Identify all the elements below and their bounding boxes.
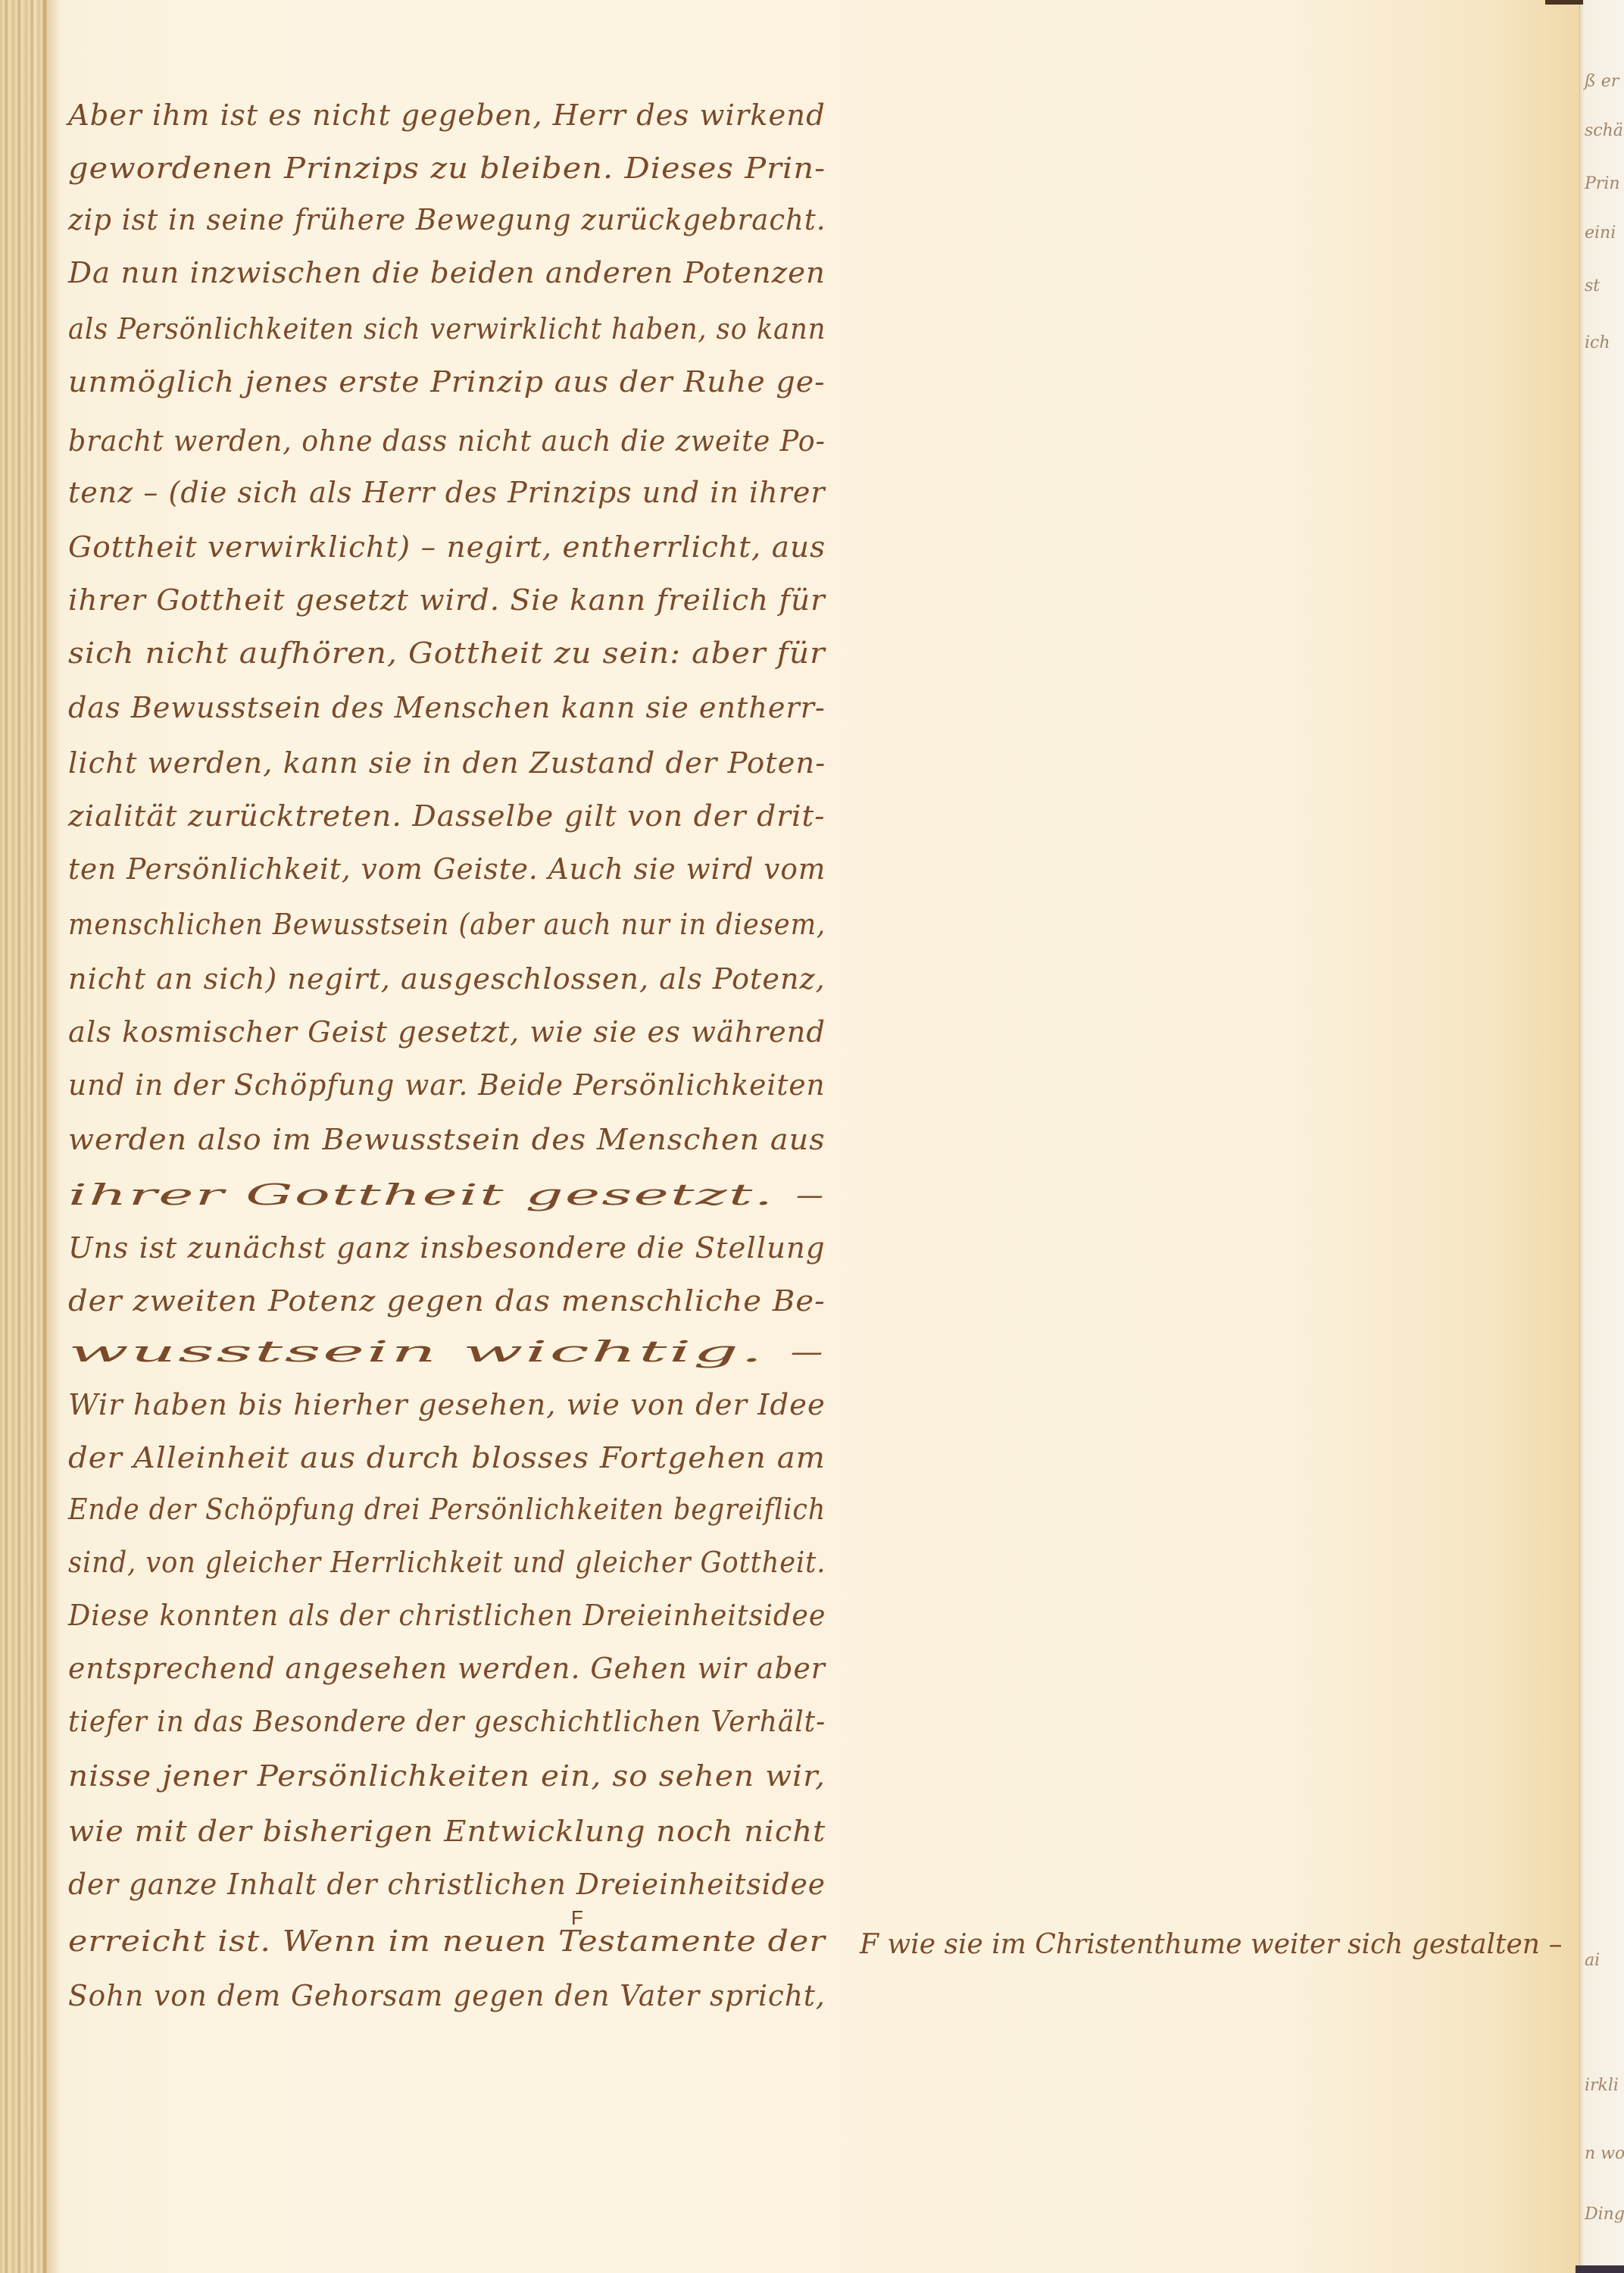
leaf-fragment: schä (1585, 121, 1623, 140)
text-line: ihrer Gottheit gesetzt. – (68, 1178, 826, 1212)
text-line: ten Persönlichkeit, vom Geiste. Auch sie… (68, 852, 826, 886)
page-corner-shadow (1545, 0, 1583, 5)
leaf-fragment: eini (1585, 224, 1616, 242)
text-line: als Persönlichkeiten sich verwirklicht h… (68, 312, 826, 345)
text-line: sich nicht aufhören, Gottheit zu sein: a… (68, 636, 826, 670)
text-line: Uns ist zunächst ganz insbesondere die S… (68, 1231, 826, 1265)
leaf-fragment: st (1585, 277, 1600, 295)
text-line: nisse jener Persönlichkeiten ein, so seh… (68, 1759, 826, 1793)
leaf-fragment: Prin (1585, 174, 1620, 193)
text-line: erreicht ist. Wenn im neuen Testamente d… (68, 1924, 826, 1958)
text-line: licht werden, kann sie in den Zustand de… (68, 746, 826, 780)
text-line: das Bewusstsein des Menschen kann sie en… (68, 691, 826, 724)
text-line: unmöglich jenes erste Prinzip aus der Ru… (68, 365, 826, 399)
leaf-fragment: ß er sie (1585, 72, 1624, 91)
leaf-fragment: ai (1585, 1951, 1600, 1970)
page-corner-shadow-bottom (1576, 2265, 1624, 2273)
text-line: nicht an sich) negirt, ausgeschlossen, a… (68, 962, 826, 996)
text-line: sind, von gleicher Herrlichkeit und glei… (68, 1546, 826, 1579)
text-line: Sohn von dem Gehorsam gegen den Vater sp… (68, 1979, 826, 2012)
text-line: und in der Schöpfung war. Beide Persönli… (68, 1068, 826, 1102)
text-line: Diese konnten als der christlichen Dreie… (68, 1599, 826, 1632)
text-line: wie mit der bisherigen Entwicklung noch … (68, 1815, 826, 1848)
text-line: tiefer in das Besondere der geschichtlic… (68, 1705, 826, 1738)
text-line: wusstsein wichtig. – (68, 1335, 826, 1368)
text-line: Da nun inzwischen die beiden anderen Pot… (68, 256, 826, 289)
text-line: werden also im Bewusstsein des Menschen … (68, 1123, 826, 1156)
text-line: Gottheit verwirklicht) – negirt, entherr… (68, 530, 826, 564)
text-line: der Alleinheit aus durch blosses Fortgeh… (68, 1441, 826, 1474)
margin-annotation: F wie sie im Christenthume weiter sich g… (860, 1929, 1562, 1960)
text-line: entsprechend angesehen werden. Gehen wir… (68, 1652, 826, 1685)
leaf-fragment: irkli (1585, 2076, 1619, 2095)
text-line: menschlichen Bewusstsein (aber auch nur … (68, 908, 826, 941)
text-line: zialität zurücktreten. Dasselbe gilt von… (68, 799, 826, 833)
gutter-shadow (42, 0, 62, 2273)
text-line: tenz – (die sich als Herr des Prinzips u… (68, 476, 826, 509)
leaf-fragment: ich (1585, 333, 1610, 352)
text-line: als kosmischer Geist gesetzt, wie sie es… (68, 1015, 826, 1049)
text-line: der zweiten Potenz gegen das menschliche… (68, 1284, 826, 1318)
text-line: Aber ihm ist es nicht gegeben, Herr des … (68, 98, 826, 132)
text-line: gewordenen Prinzips zu bleiben. Dieses P… (68, 152, 826, 185)
text-line: ihrer Gottheit gesetzt wird. Sie kann fr… (68, 583, 826, 617)
text-line: bracht werden, ohne dass nicht auch die … (68, 424, 826, 458)
text-line: zip ist in seine frühere Bewegung zurück… (68, 203, 826, 236)
text-line: Wir haben bis hierher gesehen, wie von d… (68, 1388, 826, 1421)
leaf-fragment: n wo (1585, 2144, 1624, 2163)
text-line: der ganze Inhalt der christlichen Dreiei… (68, 1868, 826, 1901)
book-binding-edge (0, 0, 47, 2273)
text-line: Ende der Schöpfung drei Persönlichkeiten… (68, 1493, 826, 1526)
footnote-marker: F (571, 1906, 583, 1930)
leaf-fragment: Ding (1585, 2205, 1624, 2224)
